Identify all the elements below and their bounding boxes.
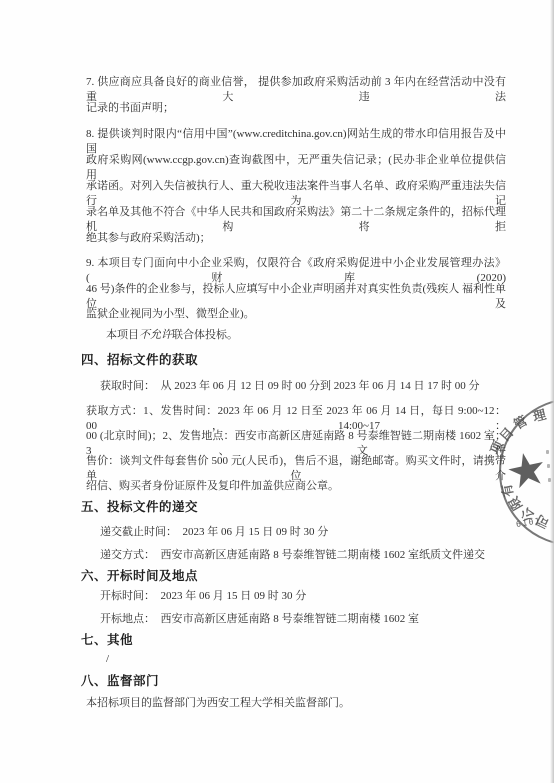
opening-place-line: 开标地点： 西安市高新区唐延南路 8 号泰维智链二期南楼 1602 室 [100,612,520,627]
stamp-star-icon: ★ [502,443,552,497]
section-heading-other: 七、其他 [81,633,511,648]
stamp-arc-char: 理 [532,408,548,424]
para-9-line-3: 监狱企业视同为小型、微型企业)。 [86,307,506,322]
stamp-arc-char: 管 [512,414,530,432]
stamp-arc-char: 公 [518,505,536,523]
scan-right-edge-shadow [550,0,554,783]
no-consortium-note: 本项目不允许联合体投标。 [106,328,526,343]
submission-deadline-line: 递交截止时间： 2023 年 06 月 15 日 09 时 30 分 [100,525,520,540]
scanned-tender-document-page: 7. 供应商应具备良好的商业信誉， 提供参加政府采购活动前 3 年内在经营活动中… [0,0,554,783]
note-prefix: 本项目 [106,329,139,341]
supervision-body-line: 本招标项目的监督部门为西安工程大学相关监督部门。 [86,696,506,711]
other-placeholder-slash: / [106,652,526,667]
section-heading-bid-submission: 五、投标文件的递交 [81,500,511,515]
note-emphasis: 不允许 [139,329,172,341]
section-heading-supervision: 八、监督部门 [81,674,511,689]
stamp-arc-char: 司 [534,513,551,530]
obtain-method-line-4: 绍信、购买者身份证原件及复印件加盖供应商公章。 [86,479,506,494]
stamp-circle-border [499,398,554,546]
opening-time-line: 开标时间： 2023 年 06 月 15 日 09 时 30 分 [100,589,520,604]
section-heading-document-obtain: 四、招标文件的获取 [81,353,511,368]
stamp-inner-mark [546,450,549,454]
note-suffix: 联合体投标。 [172,329,238,341]
submission-method-line: 递交方式： 西安市高新区唐延南路 8 号泰维智链二期南楼 1602 室纸质文件递… [100,548,520,563]
obtain-time-line: 获取时间： 从 2023 年 06 月 12 日 09 时 00 分到 2023… [100,379,520,394]
para-8-line-5: 绝其参与政府采购活动)； [86,231,506,246]
para-7-line-2: 记录的书面声明； [86,101,506,116]
section-heading-bid-opening: 六、开标时间及地点 [81,569,511,584]
